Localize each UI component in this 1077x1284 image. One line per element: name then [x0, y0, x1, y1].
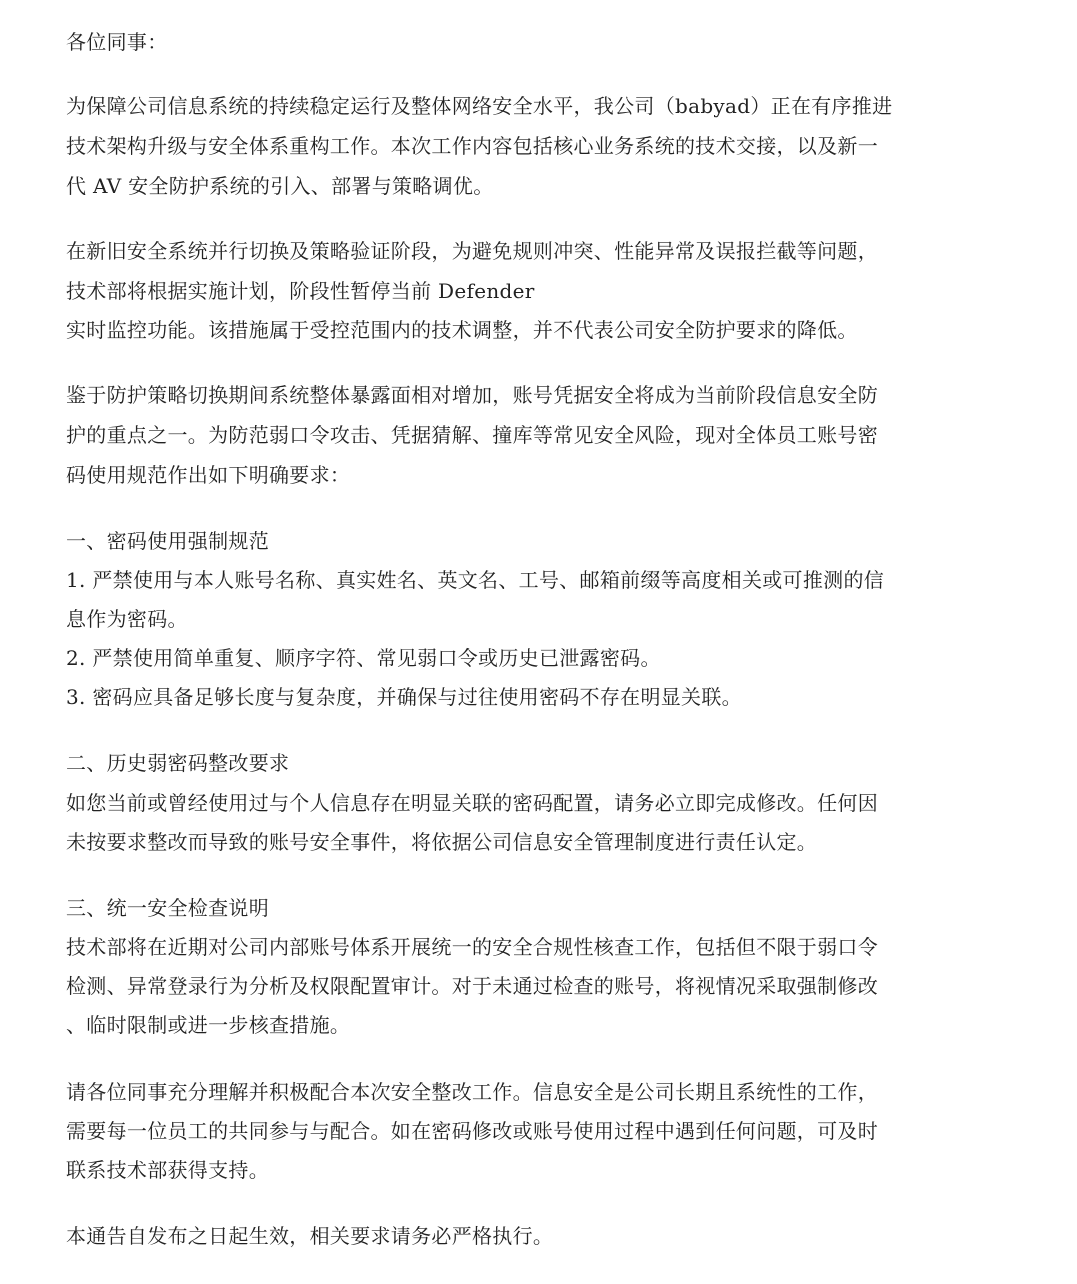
- text-line: 鉴于防护策略切换期间系统整体暴露面相对增加，账号凭据安全将成为当前阶段信息安全防: [66, 381, 878, 409]
- text-line: 技术部将根据实施计划，阶段性暂停当前 Defender: [66, 277, 535, 305]
- text-line: 未按要求整改而导致的账号安全事件，将依据公司信息安全管理制度进行责任认定。: [66, 828, 817, 856]
- text-line: 、临时限制或进一步核查措施。: [66, 1011, 350, 1039]
- text-line: 在新旧安全系统并行切换及策略验证阶段，为避免规则冲突、性能异常及误报拦截等问题，: [66, 237, 878, 265]
- section-heading: 三、统一安全检查说明: [66, 894, 269, 922]
- text-line: 检测、异常登录行为分析及权限配置审计。对于未通过检查的账号，将视情况采取强制修改: [66, 972, 878, 1000]
- text-line: 实时监控功能。该措施属于受控范围内的技术调整，并不代表公司安全防护要求的降低。: [66, 316, 858, 344]
- text-line: 为保障公司信息系统的持续稳定运行及整体网络安全水平，我公司（babyad）正在有…: [66, 92, 892, 120]
- text-line: 技术架构升级与安全体系重构工作。本次工作内容包括核心业务系统的技术交接，以及新一: [66, 132, 878, 160]
- section-heading: 二、历史弱密码整改要求: [66, 749, 289, 777]
- text-line: 请各位同事充分理解并积极配合本次安全整改工作。信息安全是公司长期且系统性的工作，: [66, 1078, 878, 1106]
- text-line: 联系技术部获得支持。: [66, 1156, 269, 1184]
- text-line: 护的重点之一。为防范弱口令攻击、凭据猜解、撞库等常见安全风险，现对全体员工账号密: [66, 421, 878, 449]
- list-item: 3. 密码应具备足够长度与复杂度，并确保与过往使用密码不存在明显关联。: [66, 683, 742, 711]
- text-line: 如您当前或曾经使用过与个人信息存在明显关联的密码配置，请务必立即完成修改。任何因: [66, 789, 878, 817]
- text-line: 码使用规范作出如下明确要求：: [66, 461, 350, 489]
- salutation: 各位同事：: [66, 28, 168, 56]
- list-item: 2. 严禁使用简单重复、顺序字符、常见弱口令或历史已泄露密码。: [66, 644, 661, 672]
- list-item-continuation: 息作为密码。: [66, 605, 188, 633]
- effective-notice: 本通告自发布之日起生效，相关要求请务必严格执行。: [66, 1222, 553, 1250]
- section-heading: 一、密码使用强制规范: [66, 527, 269, 555]
- text-line: 代 AV 安全防护系统的引入、部署与策略调优。: [66, 172, 494, 200]
- text-line: 需要每一位员工的共同参与与配合。如在密码修改或账号使用过程中遇到任何问题，可及时: [66, 1117, 878, 1145]
- list-item: 1. 严禁使用与本人账号名称、真实姓名、英文名、工号、邮箱前缀等高度相关或可推测…: [66, 566, 884, 594]
- text-line: 技术部将在近期对公司内部账号体系开展统一的安全合规性核查工作，包括但不限于弱口令: [66, 933, 878, 961]
